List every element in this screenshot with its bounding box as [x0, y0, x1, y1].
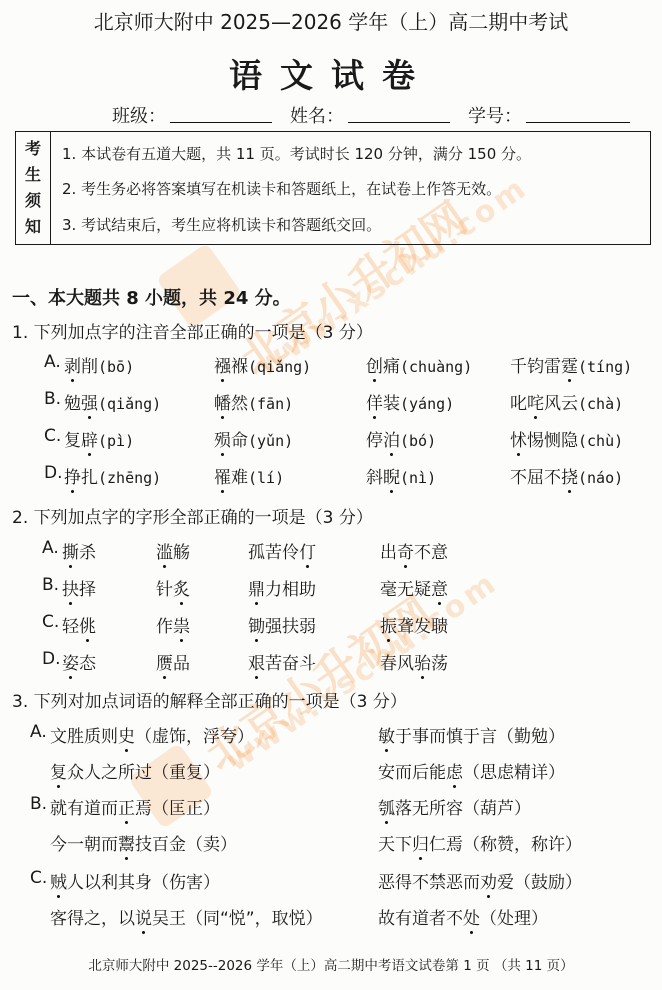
- exam-title: 语文试卷: [0, 50, 662, 97]
- pinyin-annotation: (qiǎng): [248, 358, 311, 376]
- emphasized-char: 仃: [299, 538, 316, 563]
- term-text: 命: [231, 431, 248, 451]
- section-heading: 一、本大题共 8 小题，共 24 分。: [12, 284, 291, 310]
- emphasized-char: 敏: [378, 722, 395, 747]
- pinyin-annotation: (bó): [400, 432, 436, 450]
- option-term: 千钧雷霆(tíng): [510, 352, 632, 377]
- watermark-text: 北京小升初网: [190, 579, 443, 783]
- option-term: 滥觞: [156, 538, 190, 563]
- emphasized-char: 意: [431, 575, 448, 600]
- option-term: 挣扎(zhēng): [64, 463, 161, 488]
- option-letter[interactable]: D.: [44, 463, 63, 483]
- pinyin-annotation: (náo): [578, 469, 623, 487]
- emphasized-char: 劝: [480, 868, 497, 893]
- name-label: 姓名：: [290, 102, 344, 128]
- term-text: 春风: [380, 654, 414, 674]
- term-text: 作: [156, 617, 173, 637]
- term-text: （处理）: [480, 909, 548, 929]
- option-term: 艰苦奋斗: [248, 649, 316, 674]
- emphasized-char: 襁: [214, 352, 231, 377]
- option-term: 毫无疑意: [380, 575, 448, 600]
- option-term: 孤苦伶仃: [248, 538, 316, 563]
- emphasized-char: 殒: [214, 426, 231, 451]
- term-text: 品: [173, 654, 190, 674]
- option-term: 斜睨(nì): [366, 463, 436, 488]
- term-text: 荡: [431, 654, 448, 674]
- option-term: 撕杀: [62, 538, 96, 563]
- emphasized-char: 泊: [383, 426, 400, 451]
- emphasized-char: 挠: [561, 463, 578, 488]
- term-text: 斜: [366, 468, 383, 488]
- option-term: 叱咤风云(chà): [510, 389, 623, 414]
- term-text: 不屈不: [510, 468, 561, 488]
- emphasized-char: 幡: [214, 389, 231, 414]
- option-term: 抉择: [62, 575, 96, 600]
- term-text: 众人之所过（重复）: [67, 763, 220, 783]
- emphasized-char: 说: [135, 904, 152, 929]
- option-letter[interactable]: C.: [42, 612, 59, 632]
- term-text: 轻: [62, 617, 79, 637]
- notice-item-1: 1. 本试卷有五道大题，共 11 页。考试时长 120 分钟，满分 150 分。: [62, 143, 531, 164]
- term-text: 复: [64, 431, 81, 451]
- emphasized-char: 艰: [248, 649, 265, 674]
- question-3-stem: 3. 下列对加点词语的解释全部正确的一项是（3 分）: [12, 687, 407, 712]
- school-title: 北京师大附中 2025—2026 学年（上）高二期中考试: [0, 6, 662, 35]
- emphasized-char: 鼎: [248, 575, 265, 600]
- emphasized-char: 创: [366, 352, 383, 377]
- pinyin-annotation: (qiǎng): [98, 395, 161, 413]
- option-term: 剥削(bō): [64, 352, 134, 377]
- option-term: 停泊(bó): [366, 426, 436, 451]
- term-text: 扎: [81, 468, 98, 488]
- pinyin-annotation: (pì): [98, 432, 134, 450]
- option-letter[interactable]: B.: [30, 794, 47, 814]
- notice-side-char: 生: [16, 162, 50, 188]
- option-term: 安而后能虑（思虑精详）: [378, 758, 565, 783]
- term-text: 天下: [378, 835, 412, 855]
- option-term: 春风骀荡: [380, 649, 448, 674]
- student-info-row: 班级： 姓名： 学号：: [0, 102, 662, 132]
- option-letter[interactable]: C.: [44, 426, 61, 446]
- option-term: 不屈不挠(náo): [510, 463, 623, 488]
- term-text: 力相助: [265, 580, 316, 600]
- emphasized-char: 撕: [62, 538, 79, 563]
- term-text: 吴王（同“悦”，取悦）: [152, 909, 323, 929]
- term-text: 出: [380, 543, 397, 563]
- option-term: 文胜质则史（虚饰，浮夸）: [50, 722, 254, 747]
- emphasized-char: 归: [412, 830, 429, 855]
- term-text: 难: [231, 468, 248, 488]
- option-term: 振聋发聩: [380, 612, 448, 637]
- term-text: 技百金（卖）: [135, 835, 237, 855]
- option-term: 客得之，以说吴王（同“悦”，取悦）: [50, 904, 323, 929]
- term-text: 择: [79, 580, 96, 600]
- term-text: 于事而慎于言（勤勉）: [395, 727, 565, 747]
- emphasized-char: 挣: [64, 463, 81, 488]
- emphasized-char: 骀: [414, 649, 431, 674]
- term-text: 爱（鼓励）: [497, 873, 582, 893]
- term-text: 聋发聩: [397, 617, 448, 637]
- option-term: 针炙: [156, 575, 190, 600]
- option-term: 贼人以利其身（伤害）: [50, 868, 220, 893]
- option-term: 佯装(yáng): [366, 389, 454, 414]
- emphasized-char: 抉: [62, 575, 79, 600]
- emphasized-char: 佻: [79, 612, 96, 637]
- term-text: 然: [231, 394, 248, 414]
- term-text: 停: [366, 431, 383, 451]
- emphasized-char: 强: [81, 389, 98, 414]
- pinyin-annotation: (chuàng): [400, 358, 472, 376]
- pinyin-annotation: (fān): [248, 395, 293, 413]
- emphasized-char: 史: [118, 722, 135, 747]
- emphasized-char: 虑: [446, 758, 463, 783]
- emphasized-char: 振: [380, 612, 397, 637]
- emphasized-char: 姿: [62, 649, 79, 674]
- term-text: 恶得不禁恶而: [378, 873, 480, 893]
- term-text: 孤苦伶: [248, 543, 299, 563]
- option-term: 今一朝而鬻技百金（卖）: [50, 830, 237, 855]
- term-text: （思虑精详）: [463, 763, 565, 783]
- emphasized-char: 鬻: [118, 830, 135, 855]
- option-letter[interactable]: A.: [44, 352, 61, 372]
- notice-item-3: 3. 考试结束后，考生应将机读卡和答题纸交回。: [62, 214, 381, 235]
- emphasized-char: 赝: [156, 649, 173, 674]
- option-letter[interactable]: D.: [42, 649, 61, 669]
- option-term: 就有道而正焉（匡正）: [50, 794, 220, 819]
- option-term: 复辟(pì): [64, 426, 134, 451]
- option-term: 殒命(yǔn): [214, 426, 293, 451]
- pinyin-annotation: (tíng): [578, 358, 632, 376]
- term-text: 安而后能: [378, 763, 446, 783]
- option-term: 作祟: [156, 612, 190, 637]
- option-term: 勉强(qiǎng): [64, 389, 161, 414]
- term-text: 针: [156, 580, 173, 600]
- question-1-stem: 1. 下列加点字的注音全部正确的一项是（3 分）: [12, 318, 373, 343]
- option-term: 姿态: [62, 649, 96, 674]
- option-letter[interactable]: C.: [30, 868, 47, 888]
- emphasized-char: 奇: [397, 538, 414, 563]
- term-text: （虚饰，浮夸）: [135, 727, 254, 747]
- emphasized-char: 辟: [81, 426, 98, 451]
- pinyin-annotation: (chù): [578, 432, 623, 450]
- emphasized-char: 正: [118, 794, 135, 819]
- pinyin-annotation: (yǔn): [248, 432, 293, 450]
- term-text: 态: [79, 654, 96, 674]
- pinyin-annotation: (zhēng): [98, 469, 161, 487]
- pinyin-annotation: (bō): [98, 358, 134, 376]
- term-text: 不意: [414, 543, 448, 563]
- student-id-field[interactable]: [526, 122, 630, 123]
- emphasized-char: 贼: [50, 868, 67, 893]
- term-text: 今一朝而: [50, 835, 118, 855]
- term-text: 故有道者不: [378, 909, 463, 929]
- emphasized-char: 怵: [510, 426, 527, 451]
- student-id-label: 学号：: [468, 102, 522, 128]
- pinyin-annotation: (yáng): [400, 395, 454, 413]
- term-text: 削: [81, 357, 98, 377]
- emphasized-char: 剥: [64, 352, 81, 377]
- term-text: 勉: [64, 394, 81, 414]
- exam-notice-box: 考 生 须 知 1. 本试卷有五道大题，共 11 页。考试时长 120 分钟，满…: [15, 131, 651, 245]
- class-label: 班级：: [112, 102, 166, 128]
- term-text: 落无所容（葫芦）: [395, 799, 531, 819]
- pinyin-annotation: (lí): [248, 469, 284, 487]
- option-term: 襁褓(qiǎng): [214, 352, 311, 377]
- emphasized-char: 处: [463, 904, 480, 929]
- term-text: 装: [383, 394, 400, 414]
- option-term: 故有道者不处（处理）: [378, 904, 548, 929]
- notice-item-2: 2. 考生务必将答案填写在机读卡和答题纸上，在试卷上作答无效。: [62, 178, 501, 199]
- term-text: 痛: [383, 357, 400, 377]
- option-term: 创痛(chuàng): [366, 352, 472, 377]
- option-term: 轻佻: [62, 612, 96, 637]
- term-text: 杀: [79, 543, 96, 563]
- emphasized-char: 复: [50, 758, 67, 783]
- term-text: 仁焉（称赞，称许）: [429, 835, 582, 855]
- option-term: 出奇不意: [380, 538, 448, 563]
- term-text: 苦奋斗: [265, 654, 316, 674]
- term-text: 文胜质则: [50, 727, 118, 747]
- emphasized-char: 霆: [561, 352, 578, 377]
- option-term: 瓠落无所容（葫芦）: [378, 794, 531, 819]
- option-term: 天下归仁焉（称赞，称许）: [378, 830, 582, 855]
- notice-side-char: 考: [16, 136, 50, 162]
- option-term: 复众人之所过（重复）: [50, 758, 220, 783]
- pinyin-annotation: (nì): [400, 469, 436, 487]
- option-term: 赝品: [156, 649, 190, 674]
- pinyin-annotation: (chà): [578, 395, 623, 413]
- option-term: 鼎力相助: [248, 575, 316, 600]
- term-text: 褓: [231, 357, 248, 377]
- option-term: 敏于事而慎于言（勤勉）: [378, 722, 565, 747]
- name-field[interactable]: [348, 122, 450, 123]
- emphasized-char: 瓠: [378, 794, 395, 819]
- page-footer: 北京师大附中 2025--2026 学年（上）高二期中考语文试卷第 1 页 （共…: [0, 954, 662, 974]
- emphasized-char: 佯: [366, 389, 383, 414]
- term-text: 就有道而: [50, 799, 118, 819]
- notice-side-char: 须: [16, 188, 50, 214]
- term-text: 惕恻隐: [527, 431, 578, 451]
- emphasized-char: 咤: [527, 389, 544, 414]
- term-text: 千钧雷: [510, 357, 561, 377]
- option-letter[interactable]: B.: [42, 575, 59, 595]
- term-text: 风云: [544, 394, 578, 414]
- option-term: 锄强扶弱: [248, 612, 316, 637]
- term-text: 觞: [173, 543, 190, 563]
- term-text: 人以利其身（伤害）: [67, 873, 220, 893]
- term-text: 客得之，以: [50, 909, 135, 929]
- term-text: 焉（匡正）: [135, 799, 220, 819]
- emphasized-char: 祟: [173, 612, 190, 637]
- notice-side-label: 考 生 须 知: [16, 132, 51, 244]
- emphasized-char: 罹: [214, 463, 231, 488]
- emphasized-char: 炙: [173, 575, 190, 600]
- option-letter[interactable]: A.: [42, 538, 59, 558]
- notice-side-char: 知: [16, 214, 50, 240]
- term-text: 强扶弱: [265, 617, 316, 637]
- class-field[interactable]: [170, 122, 272, 123]
- term-text: 毫无疑: [380, 580, 431, 600]
- option-term: 罹难(lí): [214, 463, 284, 488]
- emphasized-char: 锄: [248, 612, 265, 637]
- option-term: 恶得不禁恶而劝爱（鼓励）: [378, 868, 582, 893]
- option-term: 幡然(fān): [214, 389, 293, 414]
- option-term: 怵惕恻隐(chù): [510, 426, 623, 451]
- option-letter[interactable]: B.: [44, 389, 61, 409]
- question-2-stem: 2. 下列加点字的字形全部正确的一项是（3 分）: [12, 503, 373, 528]
- option-letter[interactable]: A.: [30, 722, 47, 742]
- emphasized-char: 滥: [156, 538, 173, 563]
- term-text: 叱: [510, 394, 527, 414]
- emphasized-char: 睨: [383, 463, 400, 488]
